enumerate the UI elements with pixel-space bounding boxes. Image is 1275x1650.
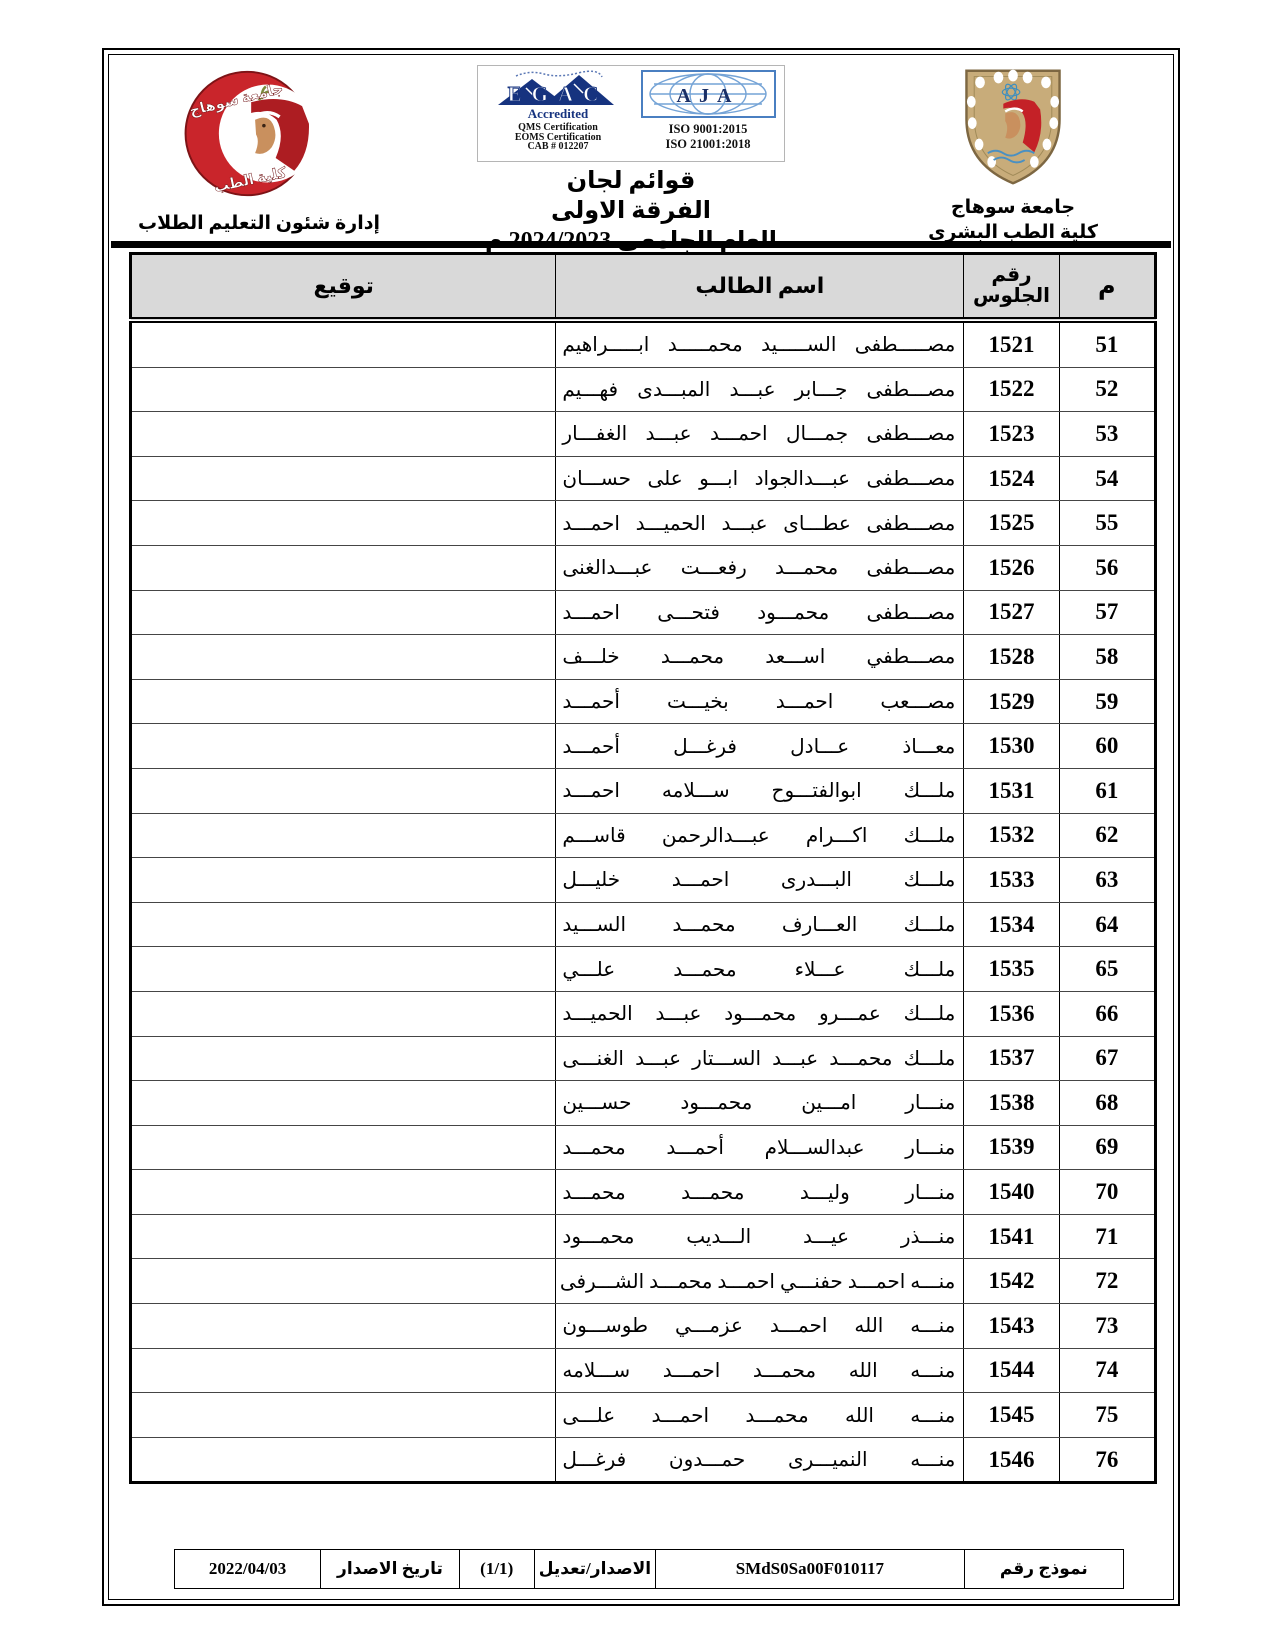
certification-box: EGAC Accredited QMS Certification EOMS C… — [477, 65, 785, 162]
row-index: 74 — [1059, 1348, 1155, 1393]
table-row: 71 1541 منـــذر عيـــد الـــديب محمـــود — [131, 1214, 1156, 1259]
issue-date-value: 2022/04/03 — [175, 1550, 321, 1589]
svg-text:CAB # 012207: CAB # 012207 — [527, 141, 588, 150]
student-name: ملـــك محمـــد عبـــد الســـتار عبـــد ا… — [556, 1036, 964, 1081]
header-center-block: EGAC Accredited QMS Certification EOMS C… — [409, 63, 853, 256]
table-row: 56 1526 مصـــطفى محمـــد رفعـــت عبـــدا… — [131, 545, 1156, 590]
signature-cell — [131, 456, 556, 501]
column-header-student-name: اسم الطالب — [556, 254, 964, 321]
signature-cell — [131, 947, 556, 992]
student-name: ملـــك عمـــرو محمـــود عبـــد الحميـــد — [556, 991, 964, 1036]
seat-number: 1524 — [964, 456, 1059, 501]
row-index: 54 — [1059, 456, 1155, 501]
row-index: 63 — [1059, 858, 1155, 903]
row-index: 52 — [1059, 367, 1155, 412]
signature-cell — [131, 1125, 556, 1170]
signature-cell — [131, 501, 556, 546]
seat-number: 1539 — [964, 1125, 1059, 1170]
svg-text:AJA: AJA — [677, 85, 740, 107]
student-name: مصـــطفى محمـــود فتحـــى احمـــد — [556, 590, 964, 635]
row-index: 56 — [1059, 545, 1155, 590]
student-name: منـــه الله احمـــد عزمـــي طوســـون — [556, 1304, 964, 1349]
student-name: مصـــطفى عطـــاى عبـــد الحميـــد احمـــ… — [556, 501, 964, 546]
revision-label: الاصدار/تعديل — [534, 1550, 655, 1589]
seat-number: 1530 — [964, 724, 1059, 769]
signature-cell — [131, 545, 556, 590]
student-name: مصـــعب احمـــد بخيـــت أحمـــد — [556, 679, 964, 724]
signature-cell — [131, 1393, 556, 1438]
row-index: 64 — [1059, 902, 1155, 947]
table-row: 66 1536 ملـــك عمـــرو محمـــود عبـــد ا… — [131, 991, 1156, 1036]
student-name: منـــار وليـــد محمـــد محمـــد — [556, 1170, 964, 1215]
seat-number: 1542 — [964, 1259, 1059, 1304]
footer-form-strip: نموذج رقم SMdS0Sa00F010117 الاصدار/تعديل… — [174, 1549, 1124, 1589]
seat-number: 1531 — [964, 768, 1059, 813]
seat-number: 1533 — [964, 858, 1059, 903]
student-name: مصـــطفى جمـــال احمـــد عبـــد الغفـــا… — [556, 412, 964, 457]
egac-accreditation-logo: EGAC Accredited QMS Certification EOMS C… — [482, 68, 634, 159]
signature-cell — [131, 1437, 556, 1483]
seat-number: 1541 — [964, 1214, 1059, 1259]
signature-cell — [131, 813, 556, 858]
seat-number: 1546 — [964, 1437, 1059, 1483]
table-row: 73 1543 منـــه الله احمـــد عزمـــي طوسـ… — [131, 1304, 1156, 1349]
signature-cell — [131, 1081, 556, 1126]
revision-value: (1/1) — [459, 1550, 534, 1589]
row-index: 65 — [1059, 947, 1155, 992]
page-header: جامعة سوهاج كلية الطب إدارة شئون التعليم… — [109, 55, 1173, 241]
table-row: 63 1533 ملـــك البـــدرى احمـــد خليـــل — [131, 858, 1156, 903]
row-index: 76 — [1059, 1437, 1155, 1483]
row-index: 67 — [1059, 1036, 1155, 1081]
table-row: 74 1544 منـــه الله محمـــد احمـــد ســـ… — [131, 1348, 1156, 1393]
seat-number: 1540 — [964, 1170, 1059, 1215]
column-header-signature: توقيع — [131, 254, 556, 321]
student-name: ملـــك اكـــرام عبـــدالرحمن قاســـم — [556, 813, 964, 858]
row-index: 73 — [1059, 1304, 1155, 1349]
seat-number: 1523 — [964, 412, 1059, 457]
signature-cell — [131, 1259, 556, 1304]
faculty-crescent-logo: جامعة سوهاج كلية الطب — [161, 63, 357, 210]
seat-number: 1536 — [964, 991, 1059, 1036]
row-index: 75 — [1059, 1393, 1155, 1438]
seat-number: 1543 — [964, 1304, 1059, 1349]
student-name: مصـــطفى محمـــد رفعـــت عبـــدالغنى — [556, 545, 964, 590]
student-name: منـــذر عيـــد الـــديب محمـــود — [556, 1214, 964, 1259]
row-index: 71 — [1059, 1214, 1155, 1259]
table-row: 52 1522 مصـــطفى جـــابر عبـــد المبـــد… — [131, 367, 1156, 412]
header-right-block: جامعة سوهاج كلية الطب البشرى — [853, 63, 1173, 256]
table-row: 76 1546 منـــه النميـــرى حمـــدون فرغــ… — [131, 1437, 1156, 1483]
row-index: 55 — [1059, 501, 1155, 546]
column-header-index: م — [1059, 254, 1155, 321]
student-name: ملـــك عـــلاء محمـــد علـــي — [556, 947, 964, 992]
student-name: منـــه الله محمـــد احمـــد علـــى — [556, 1393, 964, 1438]
row-index: 66 — [1059, 991, 1155, 1036]
seat-number: 1534 — [964, 902, 1059, 947]
seat-number: 1529 — [964, 679, 1059, 724]
title-committee-lists: قوائم لجان — [485, 166, 777, 196]
signature-cell — [131, 320, 556, 367]
row-index: 53 — [1059, 412, 1155, 457]
table-row: 69 1539 منـــار عبدالســـلام أحمـــد محم… — [131, 1125, 1156, 1170]
signature-cell — [131, 412, 556, 457]
student-name: مصـــطفى جـــابر عبـــد المبـــدى فهـــي… — [556, 367, 964, 412]
signature-cell — [131, 367, 556, 412]
row-index: 51 — [1059, 320, 1155, 367]
student-name: مصـــــطفى الســـــيد محمـــــد ابـــــر… — [556, 320, 964, 367]
university-name: جامعة سوهاج — [951, 196, 1075, 221]
table-row: 51 1521 مصـــــطفى الســـــيد محمـــــد … — [131, 320, 1156, 367]
row-index: 58 — [1059, 635, 1155, 680]
department-name: إدارة شئون التعليم الطلاب — [138, 212, 380, 235]
table-row: 54 1524 مصـــطفى عبـــدالجواد ابـــو على… — [131, 456, 1156, 501]
form-number-label: نموذج رقم — [964, 1550, 1123, 1589]
seat-number: 1544 — [964, 1348, 1059, 1393]
document-page: جامعة سوهاج كلية الطب إدارة شئون التعليم… — [0, 0, 1275, 1650]
signature-cell — [131, 635, 556, 680]
table-row: 61 1531 ملـــك ابوالفتـــوح ســـلامه احم… — [131, 768, 1156, 813]
row-index: 70 — [1059, 1170, 1155, 1215]
student-name: ملـــك العـــارف محمـــد الســـيد — [556, 902, 964, 947]
signature-cell — [131, 1036, 556, 1081]
student-name: منـــار عبدالســـلام أحمـــد محمـــد — [556, 1125, 964, 1170]
row-index: 62 — [1059, 813, 1155, 858]
student-name: مصـــطفى عبـــدالجواد ابـــو على حســـان — [556, 456, 964, 501]
table-row: 72 1542 منـــه احمـــد حفنـــي احمـــد م… — [131, 1259, 1156, 1304]
table-row: 68 1538 منـــار امـــين محمـــود حســـين — [131, 1081, 1156, 1126]
issue-date-label: تاريخ الاصدار — [321, 1550, 460, 1589]
signature-cell — [131, 1348, 556, 1393]
signature-cell — [131, 768, 556, 813]
table-row: 58 1528 مصـــطفي اســـعد محمـــد خلـــف — [131, 635, 1156, 680]
row-index: 61 — [1059, 768, 1155, 813]
signature-cell — [131, 1214, 556, 1259]
seat-number: 1526 — [964, 545, 1059, 590]
student-name: منـــار امـــين محمـــود حســـين — [556, 1081, 964, 1126]
signature-cell — [131, 590, 556, 635]
seat-number: 1535 — [964, 947, 1059, 992]
table-row: 57 1527 مصـــطفى محمـــود فتحـــى احمـــ… — [131, 590, 1156, 635]
seat-number: 1521 — [964, 320, 1059, 367]
student-name: منـــه احمـــد حفنـــي احمـــد محمـــد ا… — [556, 1259, 964, 1304]
svg-text:EGAC: EGAC — [508, 82, 609, 106]
seat-number: 1545 — [964, 1393, 1059, 1438]
row-index: 57 — [1059, 590, 1155, 635]
table-row: 70 1540 منـــار وليـــد محمـــد محمـــد — [131, 1170, 1156, 1215]
table-row: 62 1532 ملـــك اكـــرام عبـــدالرحمن قاس… — [131, 813, 1156, 858]
seat-number: 1538 — [964, 1081, 1059, 1126]
table-row: 67 1537 ملـــك محمـــد عبـــد الســـتار … — [131, 1036, 1156, 1081]
signature-cell — [131, 1170, 556, 1215]
signature-cell — [131, 991, 556, 1036]
table-row: 64 1534 ملـــك العـــارف محمـــد الســـي… — [131, 902, 1156, 947]
table-row: 60 1530 معـــاذ عـــادل فرغـــل أحمـــد — [131, 724, 1156, 769]
form-number-code: SMdS0Sa00F010117 — [656, 1550, 964, 1589]
seat-number: 1528 — [964, 635, 1059, 680]
seat-number: 1527 — [964, 590, 1059, 635]
svg-text:ISO 9001:2015: ISO 9001:2015 — [669, 122, 748, 136]
signature-cell — [131, 1304, 556, 1349]
students-table: م رقم الجلوس اسم الطالب توقيع 51 1521 مص… — [129, 252, 1157, 1484]
student-name: منـــه النميـــرى حمـــدون فرغـــل — [556, 1437, 964, 1483]
title-academic-year: العام الجامعي 2024/2023 م — [485, 226, 777, 256]
row-index: 59 — [1059, 679, 1155, 724]
aja-globe-logo: AJA ISO 9001:2015 ISO 21001:2018 — [638, 68, 780, 159]
seat-number: 1532 — [964, 813, 1059, 858]
student-name: منـــه الله محمـــد احمـــد ســـلامه — [556, 1348, 964, 1393]
university-shield-logo — [954, 63, 1072, 196]
student-name: ملـــك ابوالفتـــوح ســـلامه احمـــد — [556, 768, 964, 813]
student-name: ملـــك البـــدرى احمـــد خليـــل — [556, 858, 964, 903]
faculty-name: كلية الطب البشرى — [928, 221, 1098, 246]
seat-number: 1522 — [964, 367, 1059, 412]
row-index: 68 — [1059, 1081, 1155, 1126]
table-row: 75 1545 منـــه الله محمـــد احمـــد علــ… — [131, 1393, 1156, 1438]
svg-text:ISO 21001:2018: ISO 21001:2018 — [665, 137, 750, 151]
seat-number: 1525 — [964, 501, 1059, 546]
title-first-year: الفرقة الاولى — [485, 196, 777, 226]
column-header-seat-number: رقم الجلوس — [964, 254, 1059, 321]
svg-text:Accredited: Accredited — [528, 106, 589, 121]
page-border-outer: جامعة سوهاج كلية الطب إدارة شئون التعليم… — [102, 48, 1180, 1606]
signature-cell — [131, 724, 556, 769]
student-name: معـــاذ عـــادل فرغـــل أحمـــد — [556, 724, 964, 769]
row-index: 69 — [1059, 1125, 1155, 1170]
signature-cell — [131, 902, 556, 947]
student-name: مصـــطفي اســـعد محمـــد خلـــف — [556, 635, 964, 680]
table-row: 59 1529 مصـــعب احمـــد بخيـــت أحمـــد — [131, 679, 1156, 724]
table-row: 55 1525 مصـــطفى عطـــاى عبـــد الحميـــ… — [131, 501, 1156, 546]
signature-cell — [131, 858, 556, 903]
page-border-inner: جامعة سوهاج كلية الطب إدارة شئون التعليم… — [108, 54, 1174, 1600]
table-row: 65 1535 ملـــك عـــلاء محمـــد علـــي — [131, 947, 1156, 992]
signature-cell — [131, 679, 556, 724]
table-header-row: م رقم الجلوس اسم الطالب توقيع — [131, 254, 1156, 321]
row-index: 60 — [1059, 724, 1155, 769]
document-titles: قوائم لجان الفرقة الاولى العام الجامعي 2… — [485, 166, 777, 256]
row-index: 72 — [1059, 1259, 1155, 1304]
header-left-block: جامعة سوهاج كلية الطب إدارة شئون التعليم… — [109, 63, 409, 256]
seat-number: 1537 — [964, 1036, 1059, 1081]
table-row: 53 1523 مصـــطفى جمـــال احمـــد عبـــد … — [131, 412, 1156, 457]
